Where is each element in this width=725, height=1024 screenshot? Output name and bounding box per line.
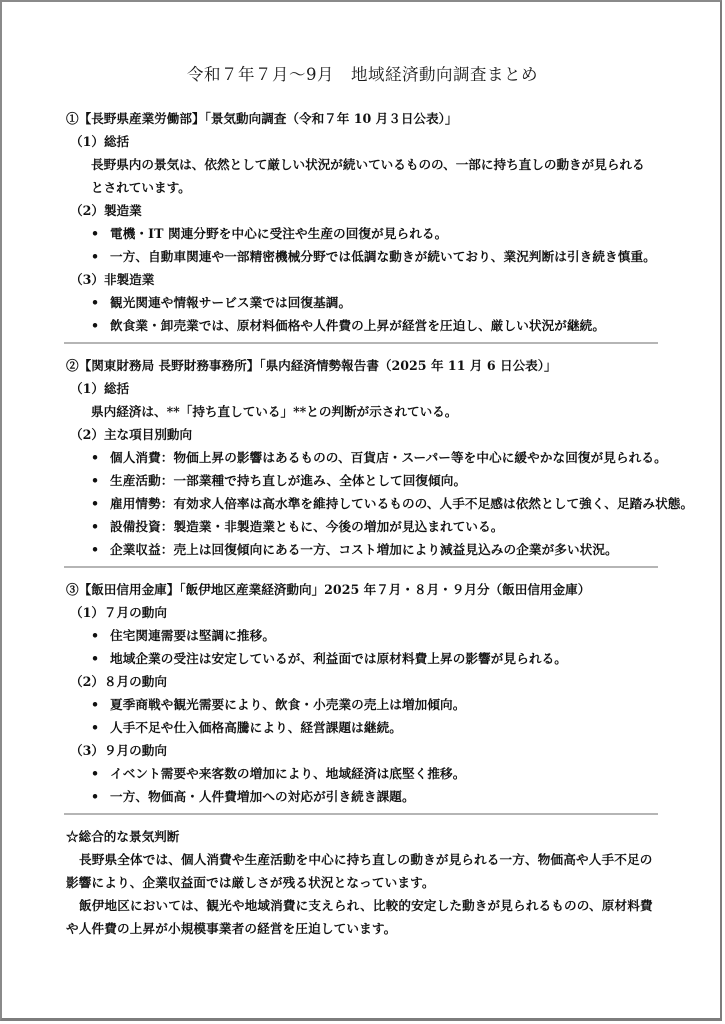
bullet-icon: • xyxy=(91,245,99,268)
list-item: •飲食業・卸売業では、原材料価格や人件費の上昇が経営を圧迫し、厳しい状況が継続。 xyxy=(66,314,666,337)
bullet-icon: • xyxy=(91,762,99,785)
subsection-heading: （1）総括 xyxy=(66,377,666,400)
bullet-icon: • xyxy=(91,291,99,314)
list-item-text: 企業収益：売上は回復傾向にある一方、コスト増加により減益見込みの企業が多い状況。 xyxy=(110,542,618,557)
bullet-list: •個人消費：物価上昇の影響はあるものの、百貨店・スーパー等を中心に緩やかな回復が… xyxy=(66,446,666,561)
bullet-icon: • xyxy=(91,538,99,561)
list-item-text: 個人消費：物価上昇の影響はあるものの、百貨店・スーパー等を中心に緩やかな回復が見… xyxy=(110,450,667,465)
subsection-heading: （2）製造業 xyxy=(66,199,666,222)
subsection-heading: （2）８月の動向 xyxy=(66,670,666,693)
summary-paragraph: 長野県全体では、個人消費や生産活動を中心に持ち直しの動きが見られる一方、物価高や… xyxy=(66,848,660,894)
section-heading: ①【長野県産業労働部】「景気動向調査（令和７年 10 月３日公表）」 xyxy=(66,107,666,130)
list-item: •一方、自動車関連や一部精密機械分野では低調な動きが続いており、業況判断は引き続… xyxy=(66,245,666,268)
section-divider xyxy=(64,566,658,568)
bullet-icon: • xyxy=(91,624,99,647)
list-item-text: 設備投資：製造業・非製造業ともに、今後の増加が見込まれている。 xyxy=(110,519,504,534)
subsection-heading: （3）非製造業 xyxy=(66,268,666,291)
subsection-body: 長野県内の景気は、依然として厳しい状況が続いているものの、一部に持ち直しの動きが… xyxy=(66,153,666,176)
list-item: •地域企業の受注は安定しているが、利益面では原材料費上昇の影響が見られる。 xyxy=(66,647,666,670)
bullet-icon: • xyxy=(91,693,99,716)
list-item: •企業収益：売上は回復傾向にある一方、コスト増加により減益見込みの企業が多い状況… xyxy=(66,538,666,561)
list-item: •生産活動：一部業種で持ち直しが進み、全体として回復傾向。 xyxy=(66,469,666,492)
section-divider xyxy=(64,813,658,815)
subsection-heading: （1）総括 xyxy=(66,130,666,153)
bullet-icon: • xyxy=(91,515,99,538)
list-item-text: 観光関連や情報サービス業では回復基調。 xyxy=(110,295,351,310)
list-item-text: 一方、物価高・人件費増加への対応が引き続き課題。 xyxy=(110,789,415,804)
bullet-list: •観光関連や情報サービス業では回復基調。 •飲食業・卸売業では、原材料価格や人件… xyxy=(66,291,666,337)
bullet-list: •イベント需要や来客数の増加により、地域経済は底堅く推移。 •一方、物価高・人件… xyxy=(66,762,666,808)
section-divider xyxy=(64,342,658,344)
subsection-heading: （1）７月の動向 xyxy=(66,601,666,624)
bullet-list: •電機・IT 関連分野を中心に受注や生産の回復が見られる。 •一方、自動車関連や… xyxy=(66,222,666,268)
list-item: •電機・IT 関連分野を中心に受注や生産の回復が見られる。 xyxy=(66,222,666,245)
document-title: 令和７年７月〜9月 地域経済動向調査まとめ xyxy=(0,61,725,85)
section-nagano-prefecture: ①【長野県産業労働部】「景気動向調査（令和７年 10 月３日公表）」 （1）総括… xyxy=(66,107,666,337)
section-iida-shinkin: ③【飯田信用金庫】「飯伊地区産業経済動向」2025 年７月・８月・９月分（飯田信… xyxy=(66,578,666,808)
list-item: •イベント需要や来客数の増加により、地域経済は底堅く推移。 xyxy=(66,762,666,785)
bullet-icon: • xyxy=(91,222,99,245)
list-item-text: 一方、自動車関連や一部精密機械分野では低調な動きが続いており、業況判断は引き続き… xyxy=(110,249,656,264)
bullet-list: •住宅関連需要は堅調に推移。 •地域企業の受注は安定しているが、利益面では原材料… xyxy=(66,624,666,670)
subsection-heading: （2）主な項目別動向 xyxy=(66,423,666,446)
list-item-text: 夏季商戦や観光需要により、飲食・小売業の売上は増加傾向。 xyxy=(110,697,465,712)
bullet-icon: • xyxy=(91,785,99,808)
list-item: •雇用情勢：有効求人倍率は高水準を維持しているものの、人手不足感は依然として強く… xyxy=(66,492,666,515)
list-item-text: 住宅関連需要は堅調に推移。 xyxy=(110,628,275,643)
summary-section: ☆総合的な景気判断 長野県全体では、個人消費や生産活動を中心に持ち直しの動きが見… xyxy=(66,825,666,940)
bullet-icon: • xyxy=(91,716,99,739)
section-heading: ③【飯田信用金庫】「飯伊地区産業経済動向」2025 年７月・８月・９月分（飯田信… xyxy=(66,578,666,601)
summary-paragraph: 飯伊地区においては、観光や地域消費に支えられ、比較的安定した動きが見られるものの… xyxy=(66,894,660,940)
list-item-text: 飲食業・卸売業では、原材料価格や人件費の上昇が経営を圧迫し、厳しい状況が継続。 xyxy=(110,318,605,333)
list-item-text: 雇用情勢：有効求人倍率は高水準を維持しているものの、人手不足感は依然として強く、… xyxy=(110,496,693,511)
subsection-body: 県内経済は、**「持ち直している」**との判断が示されている。 xyxy=(66,400,666,423)
list-item: •設備投資：製造業・非製造業ともに、今後の増加が見込まれている。 xyxy=(66,515,666,538)
subsection-heading: （3）９月の動向 xyxy=(66,739,666,762)
summary-heading: ☆総合的な景気判断 xyxy=(66,825,666,848)
bullet-icon: • xyxy=(91,492,99,515)
list-item-text: 電機・IT 関連分野を中心に受注や生産の回復が見られる。 xyxy=(110,226,447,241)
list-item: •個人消費：物価上昇の影響はあるものの、百貨店・スーパー等を中心に緩やかな回復が… xyxy=(66,446,666,469)
list-item-text: 地域企業の受注は安定しているが、利益面では原材料費上昇の影響が見られる。 xyxy=(110,651,567,666)
list-item: •観光関連や情報サービス業では回復基調。 xyxy=(66,291,666,314)
list-item: •一方、物価高・人件費増加への対応が引き続き課題。 xyxy=(66,785,666,808)
bullet-icon: • xyxy=(91,469,99,492)
bullet-list: •夏季商戦や観光需要により、飲食・小売業の売上は増加傾向。 •人手不足や仕入価格… xyxy=(66,693,666,739)
list-item-text: 生産活動：一部業種で持ち直しが進み、全体として回復傾向。 xyxy=(110,473,466,488)
list-item-text: 人手不足や仕入価格高騰により、経営課題は継続。 xyxy=(110,720,402,735)
bullet-icon: • xyxy=(91,446,99,469)
section-kanto-finance-bureau: ②【関東財務局 長野財務事務所】「県内経済情勢報告書（2025 年 11 月 6… xyxy=(66,354,666,561)
subsection-body: とされています。 xyxy=(66,176,666,199)
list-item: •住宅関連需要は堅調に推移。 xyxy=(66,624,666,647)
list-item-text: イベント需要や来客数の増加により、地域経済は底堅く推移。 xyxy=(110,766,465,781)
bullet-icon: • xyxy=(91,647,99,670)
list-item: •夏季商戦や観光需要により、飲食・小売業の売上は増加傾向。 xyxy=(66,693,666,716)
list-item: •人手不足や仕入価格高騰により、経営課題は継続。 xyxy=(66,716,666,739)
bullet-icon: • xyxy=(91,314,99,337)
section-heading: ②【関東財務局 長野財務事務所】「県内経済情勢報告書（2025 年 11 月 6… xyxy=(66,354,666,377)
document-body: ①【長野県産業労働部】「景気動向調査（令和７年 10 月３日公表）」 （1）総括… xyxy=(66,107,666,940)
